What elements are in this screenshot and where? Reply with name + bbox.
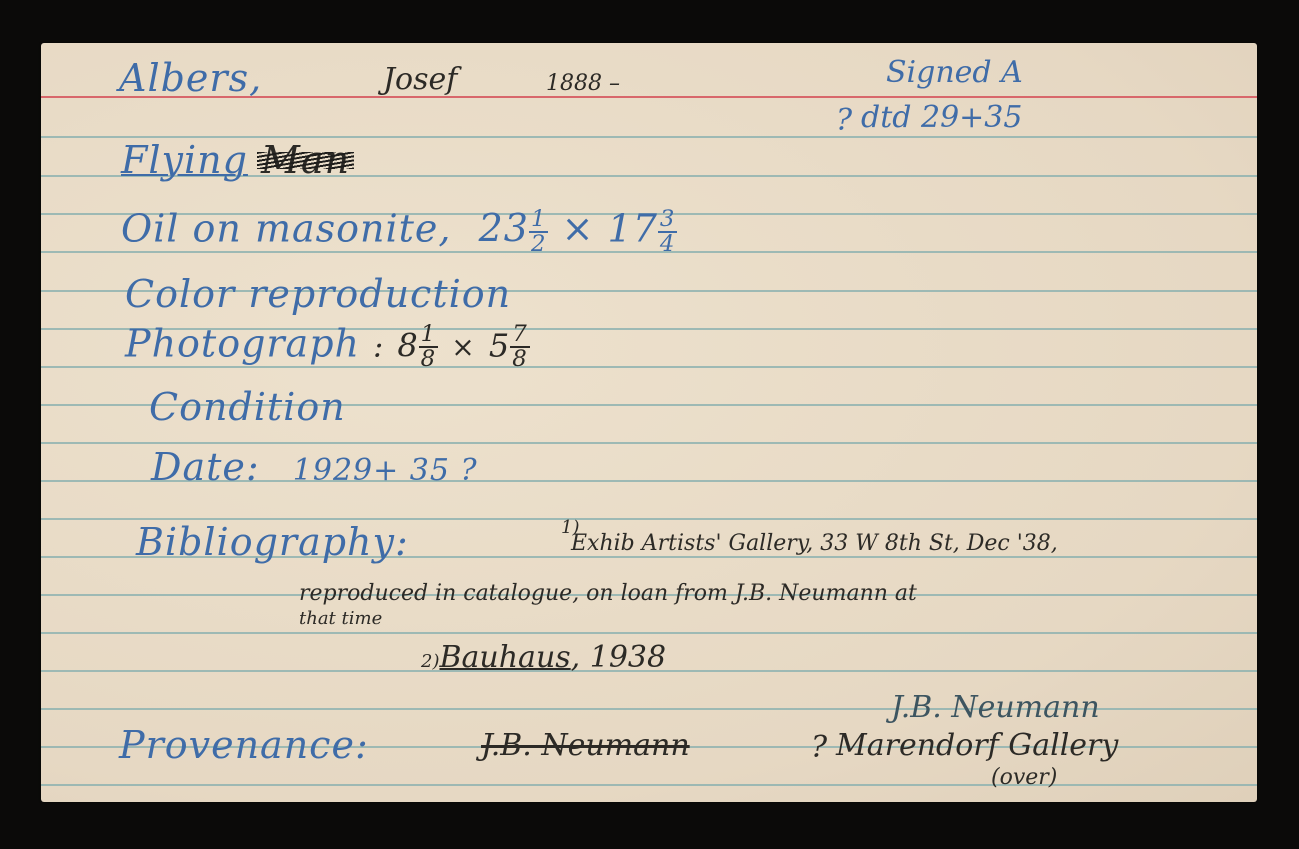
date-line: Date: 1929+ 35 ? (151, 448, 478, 486)
bib-entry1-line3: that time (299, 610, 382, 628)
medium-label: Oil on masonite, (121, 206, 452, 250)
bibliography-label: Bibliography: (136, 523, 409, 561)
date-label: Date: (151, 445, 260, 489)
provenance-value: Marendorf Gallery (836, 731, 1118, 761)
bib-entry2-marker: 2) (421, 651, 439, 672)
dimension-times: × (562, 206, 595, 250)
title-crossed-out: Man (261, 141, 350, 179)
photo-w-fraction: 18 (419, 323, 439, 371)
photo-w-whole: 8 (397, 326, 418, 364)
provenance-label: Provenance: (119, 726, 369, 764)
bib-entry1-line2: reproduced in catalogue, on loan from J.… (299, 583, 917, 605)
dated-query-mark: ? (836, 106, 852, 136)
provenance-above: J.B. Neumann (891, 693, 1100, 723)
provenance-query: ? (811, 733, 827, 763)
dated-note: dtd 29+35 (861, 103, 1022, 133)
title-text: Flying (121, 138, 248, 182)
signed-note: Signed A (886, 58, 1023, 88)
photograph-label: Photograph (125, 321, 360, 365)
photo-h-fraction: 78 (510, 323, 530, 371)
medium-line: Oil on masonite, 2312 × 1734 (121, 208, 677, 256)
provenance-over-note: (over) (991, 767, 1057, 789)
dim1-fraction: 12 (529, 208, 549, 256)
catalog-card: Albers, Josef 1888 – Signed A ? dtd 29+3… (41, 43, 1257, 802)
provenance-crossed-out: J.B. Neumann (481, 731, 690, 761)
date-value: 1929+ 35 ? (293, 453, 478, 488)
ruled-line (41, 784, 1257, 786)
photo-h-whole: 5 (489, 326, 510, 364)
dim2-whole: 17 (608, 206, 658, 250)
photograph-sep: : (373, 329, 384, 364)
artist-birth-year: 1888 – (546, 73, 620, 95)
dim1-whole: 23 (479, 206, 529, 250)
artist-given-name: Josef (383, 65, 457, 95)
reproduction-line: Color reproduction (125, 275, 511, 313)
bib-entry2: 2)Bauhaus, 1938 (421, 643, 666, 673)
photo-times: × (451, 330, 475, 363)
photograph-line: Photograph : 818 × 578 (125, 323, 530, 371)
dim2-fraction: 34 (658, 208, 678, 256)
condition-label: Condition (149, 388, 346, 426)
bib-entry2-title: Bauhaus (439, 640, 570, 675)
bib-entry1-line1: Exhib Artists' Gallery, 33 W 8th St, Dec… (571, 533, 1058, 555)
ruled-line (41, 632, 1257, 634)
artist-surname: Albers, (119, 59, 262, 97)
artwork-title: Flying Man (121, 141, 350, 179)
bib-entry2-year: , 1938 (571, 640, 666, 675)
ruled-line (41, 442, 1257, 444)
